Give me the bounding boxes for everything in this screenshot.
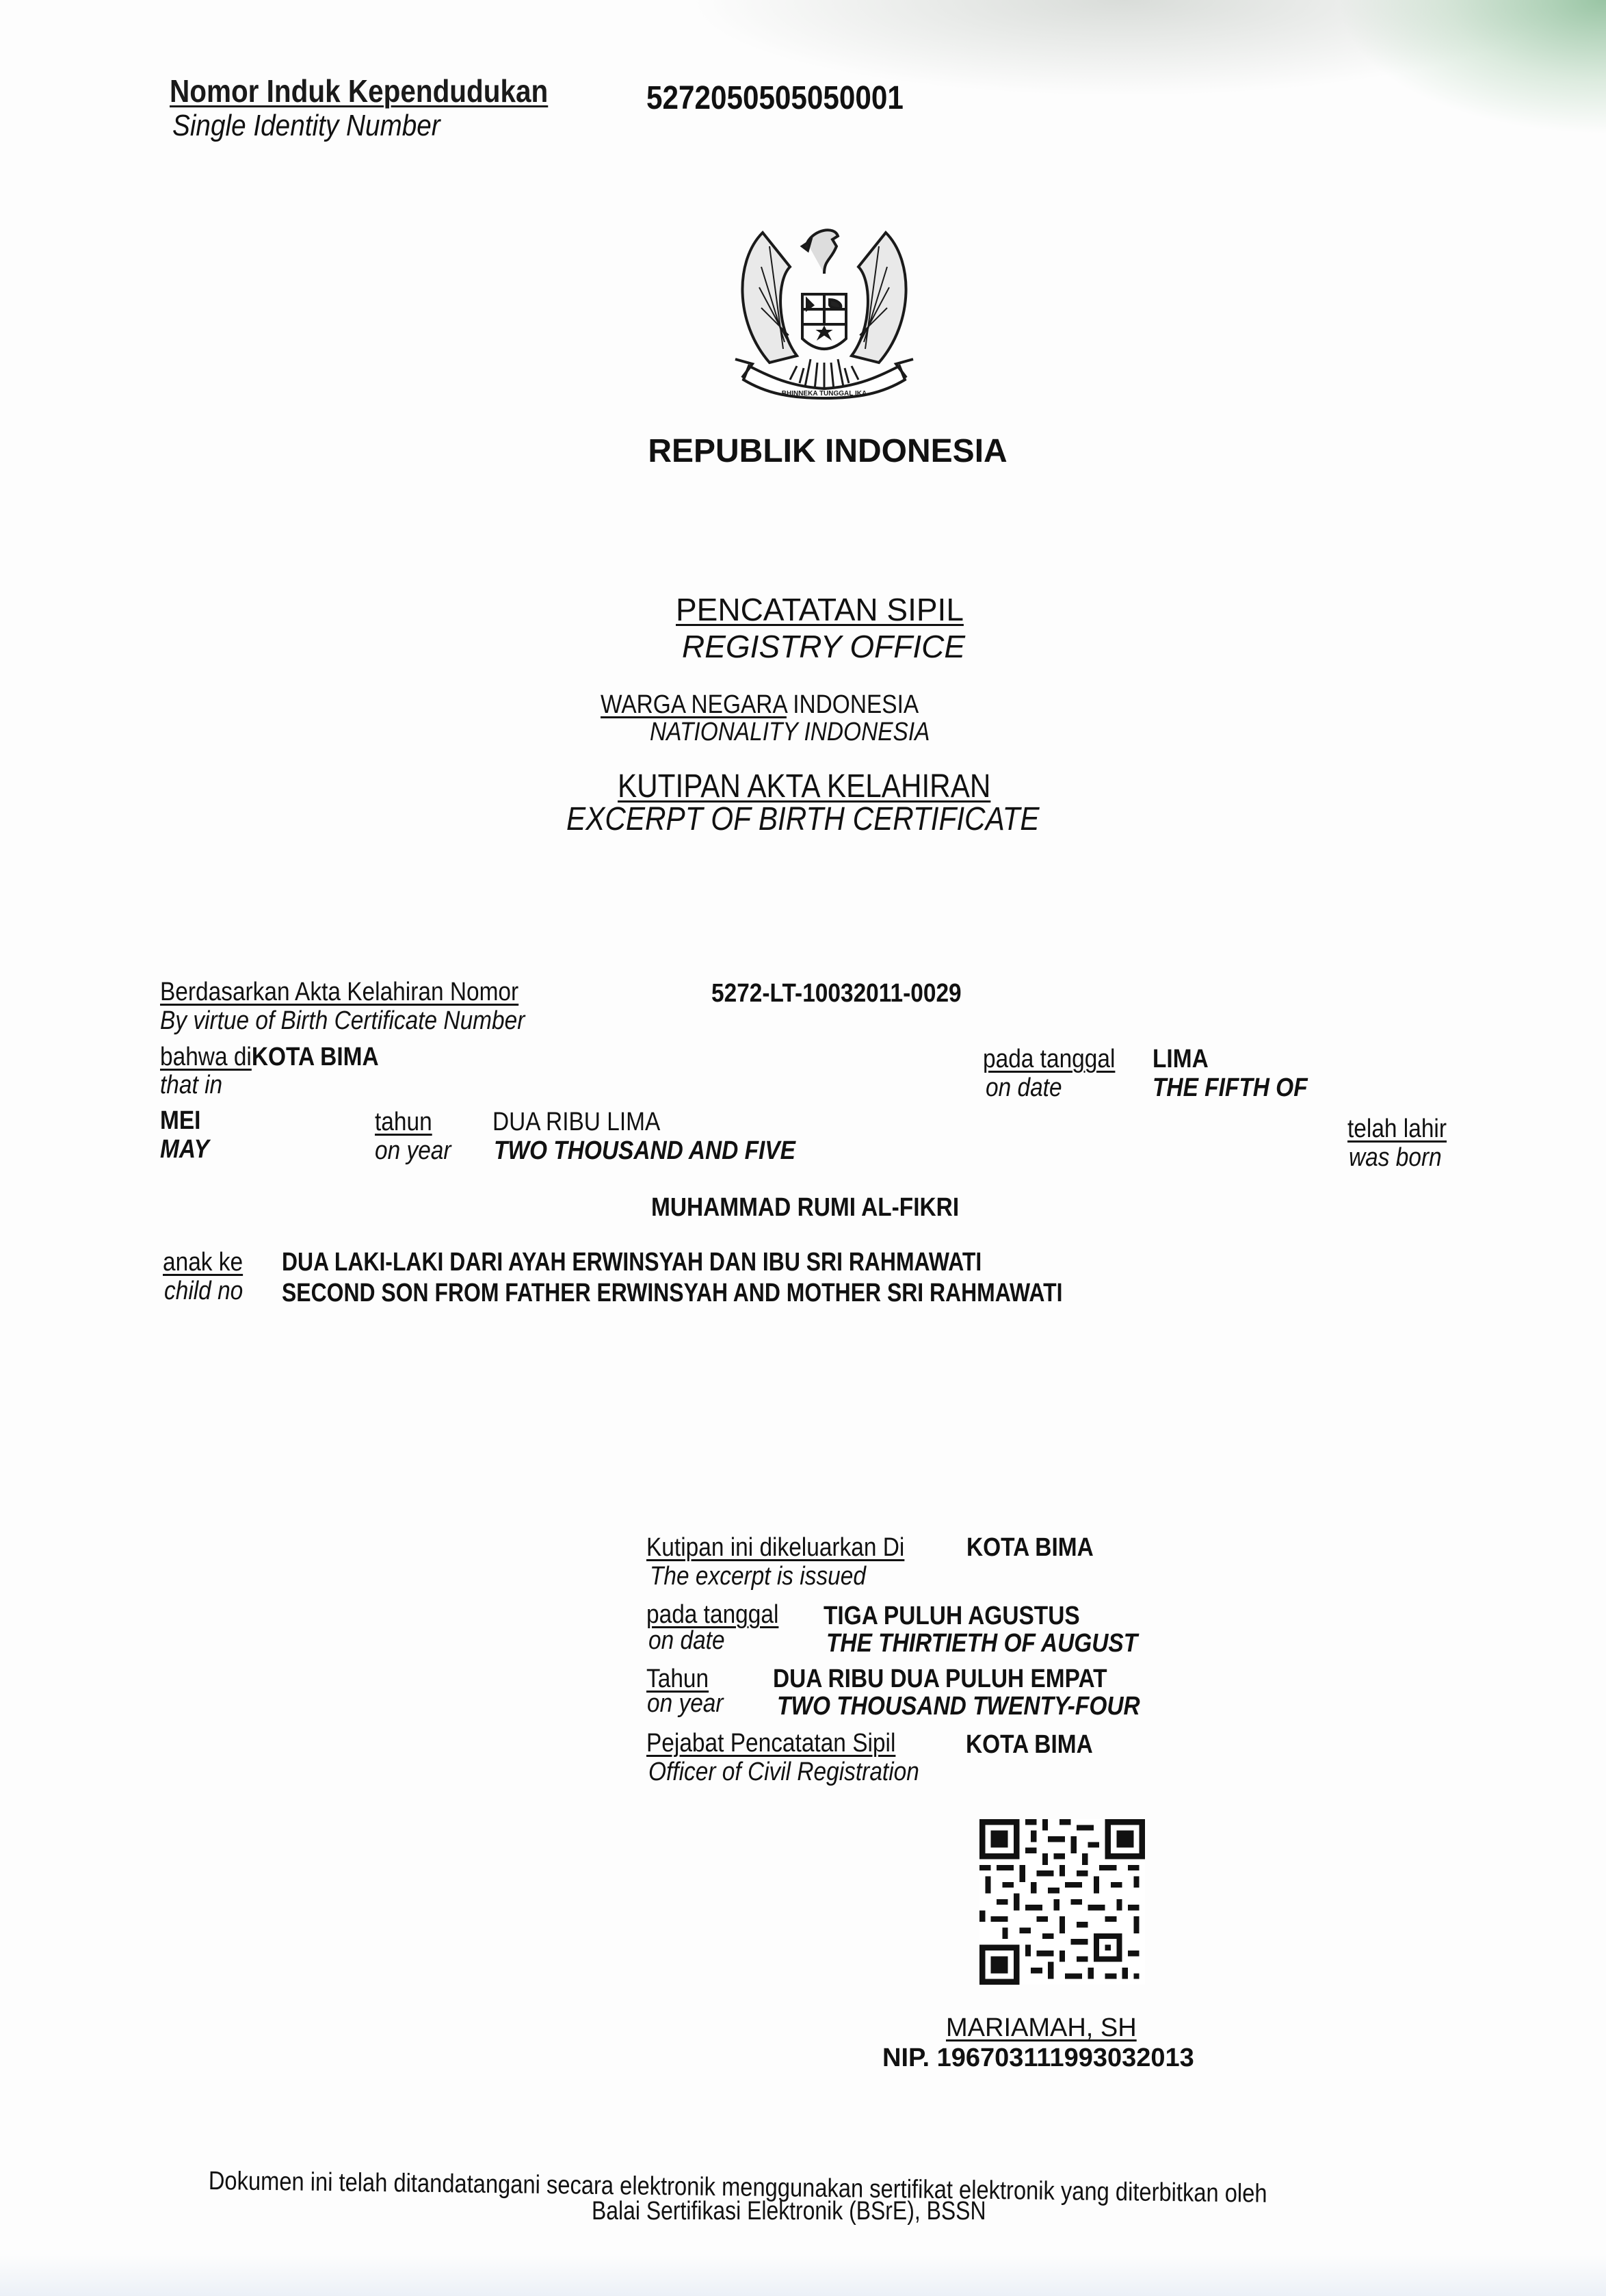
birth-day-value-en: THE FIFTH OF — [1153, 1074, 1308, 1101]
issued-year-value-en: TWO THOUSAND TWENTY-FOUR — [777, 1693, 1140, 1720]
issued-year-value: DUA RIBU DUA PULUH EMPAT — [773, 1665, 1107, 1693]
issued-year-label: Tahun — [646, 1665, 709, 1693]
nationality-row-en: NATIONALITY INDONESIA — [650, 718, 930, 746]
country-title: REPUBLIK INDONESIA — [0, 434, 1606, 469]
nationality-label-en: NATIONALITY — [650, 718, 798, 746]
birth-date-label: pada tanggal — [983, 1045, 1115, 1073]
birth-place-label-en: that in — [160, 1071, 222, 1099]
officer-name: MARIAMAH, SH — [946, 2014, 1137, 2041]
officer-label: Pejabat Pencatatan Sipil — [646, 1730, 895, 1757]
birth-year-value-en: TWO THOUSAND AND FIVE — [494, 1137, 795, 1164]
cert-number-value: 5272-LT-10032011-0029 — [711, 980, 962, 1007]
issued-label: Kutipan ini dikeluarkan Di — [646, 1534, 904, 1561]
footer-statement-line2: Balai Sertifikasi Elektronik (BSrE), BSS… — [592, 2197, 986, 2225]
issued-place-value: KOTA BIMA — [966, 1534, 1094, 1561]
officer-label-en: Officer of Civil Registration — [648, 1758, 919, 1786]
issued-date-label-en: on date — [648, 1627, 725, 1654]
birth-year-label-en: on year — [375, 1137, 451, 1164]
office-title: PENCATATAN SIPIL — [676, 592, 964, 627]
issued-date-value-en: THE THIRTIETH OF AUGUST — [826, 1630, 1137, 1657]
issued-date-label: pada tanggal — [646, 1601, 778, 1628]
cert-number-label: Berdasarkan Akta Kelahiran Nomor — [160, 978, 518, 1006]
birth-day-value: LIMA — [1153, 1045, 1209, 1073]
issued-date-value: TIGA PULUH AGUSTUS — [824, 1602, 1080, 1630]
child-no-label-en: child no — [164, 1277, 243, 1305]
born-label-en: was born — [1349, 1144, 1442, 1171]
child-name: MUHAMMAD RUMI AL-FIKRI — [651, 1194, 959, 1221]
qr-code-icon — [979, 1816, 1145, 1987]
cert-number-label-en: By virtue of Birth Certificate Number — [160, 1007, 525, 1034]
birth-place-value: KOTA BIMA — [252, 1043, 379, 1071]
birth-place-label: bahwa di — [160, 1043, 252, 1071]
child-no-value: DUA LAKI-LAKI DARI AYAH ERWINSYAH DAN IB… — [282, 1249, 982, 1276]
officer-nip: NIP. 196703111993032013 — [882, 2044, 1194, 2072]
child-no-value-en: SECOND SON FROM FATHER ERWINSYAH AND MOT… — [282, 1279, 1062, 1307]
nationality-label: WARGA NEGARA — [601, 690, 787, 719]
birth-month-value-en: MAY — [160, 1136, 209, 1163]
birth-year-value: DUA RIBU LIMA — [492, 1108, 660, 1136]
nationality-value: INDONESIA — [793, 690, 919, 719]
birth-year-label: tahun — [375, 1108, 432, 1136]
document-title: KUTIPAN AKTA KELAHIRAN — [618, 769, 990, 805]
garuda-emblem-icon: BHINNEKA TUNGGAL IKA — [722, 219, 927, 424]
birth-date-label-en: on date — [986, 1074, 1062, 1101]
nik-label: Nomor Induk Kependudukan — [170, 74, 548, 108]
born-label: telah lahir — [1347, 1115, 1447, 1143]
nationality-row: WARGA NEGARA INDONESIA — [601, 691, 919, 718]
office-title-en: REGISTRY OFFICE — [682, 629, 965, 664]
document-title-en: EXCERPT OF BIRTH CERTIFICATE — [566, 802, 1040, 837]
child-no-label: anak ke — [163, 1249, 243, 1276]
nationality-value-en: INDONESIA — [804, 718, 930, 746]
birth-place-row: bahwa diKOTA BIMA — [160, 1043, 379, 1071]
issued-label-en: The excerpt is issued — [650, 1563, 866, 1590]
birth-month-value: MEI — [160, 1107, 200, 1134]
officer-place-value: KOTA BIMA — [966, 1731, 1093, 1758]
emblem-motto: BHINNEKA TUNGGAL IKA — [782, 390, 867, 397]
nik-value: 5272050505050001 — [646, 81, 904, 116]
issued-year-label-en: on year — [647, 1690, 724, 1717]
nik-label-en: Single Identity Number — [172, 109, 440, 142]
